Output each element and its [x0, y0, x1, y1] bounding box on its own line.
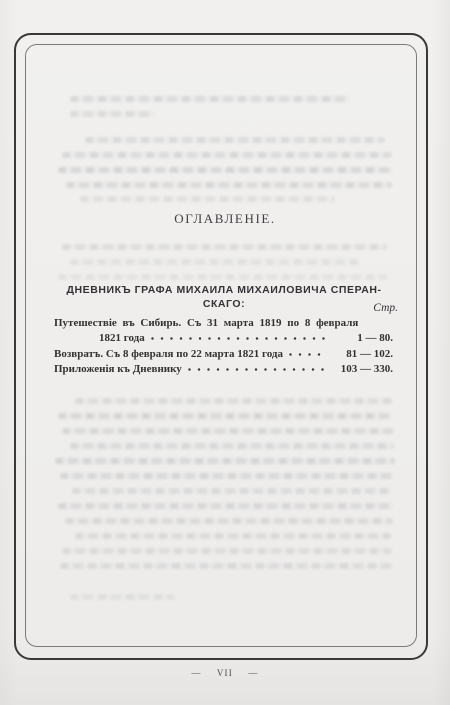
page-column-header: Стр. — [373, 302, 398, 314]
toc-entry-text: 1821 года — [54, 332, 145, 344]
toc-entry-pages: 103 — 330. — [333, 363, 393, 375]
toc-entry-text: Приложенія къ Дневнику — [54, 363, 182, 375]
toc-entries: Путешествіе въ Сибирь. Съ 31 марта 1819 … — [54, 317, 393, 379]
toc-entry-line: Возвратъ. Съ 8 февраля по 22 марта 1821 … — [54, 348, 393, 363]
page-number: — VII — — [0, 668, 450, 678]
toc-entry-line: 1821 года 1 — 80. — [54, 332, 393, 347]
toc-entry-pages: 1 — 80. — [333, 332, 393, 344]
toc-entry-pages: 81 — 102. — [333, 348, 393, 360]
toc-entry-text: Возвратъ. Съ 8 февраля по 22 марта 1821 … — [54, 348, 283, 360]
section-heading-line-2: СКАГО: — [203, 298, 245, 310]
section-heading-line-1: ДНЕВНИКЪ ГРАФА МИХАИЛА МИХАИЛОВИЧА СПЕРА… — [66, 284, 381, 296]
section-heading: ДНЕВНИКЪ ГРАФА МИХАИЛА МИХАИЛОВИЧА СПЕРА… — [55, 283, 393, 311]
toc-entry-line: Приложенія къ Дневнику 103 — 330. — [54, 363, 393, 378]
toc-entry-line: Путешествіе въ Сибирь. Съ 31 марта 1819 … — [54, 317, 393, 332]
page-title: ОГЛАВЛЕНІЕ. — [0, 211, 450, 227]
toc-entry-text: Путешествіе въ Сибирь. Съ 31 марта 1819 … — [54, 317, 358, 329]
